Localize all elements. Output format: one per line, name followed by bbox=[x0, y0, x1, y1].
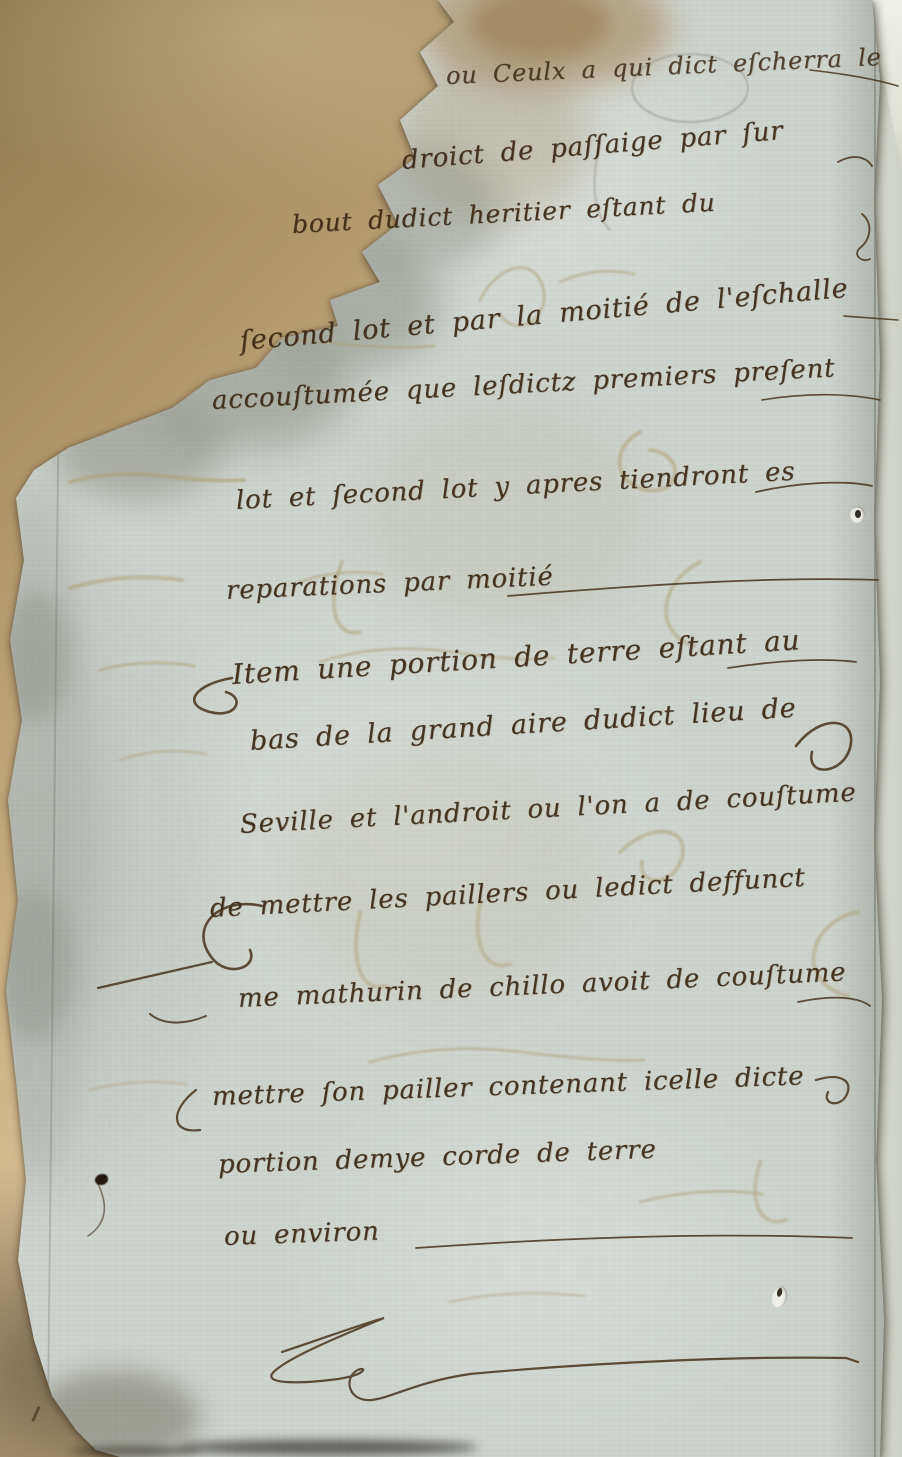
paraph-flourish bbox=[271, 1318, 858, 1400]
edge-shadow bbox=[178, 1440, 478, 1455]
paper-hole bbox=[850, 506, 865, 523]
pen-flourishes bbox=[0, 0, 902, 1457]
manuscript-photograph: ou Ceulx a qui dict eſcherra le droict d… bbox=[0, 0, 902, 1457]
edge-shadow bbox=[70, 1446, 200, 1456]
